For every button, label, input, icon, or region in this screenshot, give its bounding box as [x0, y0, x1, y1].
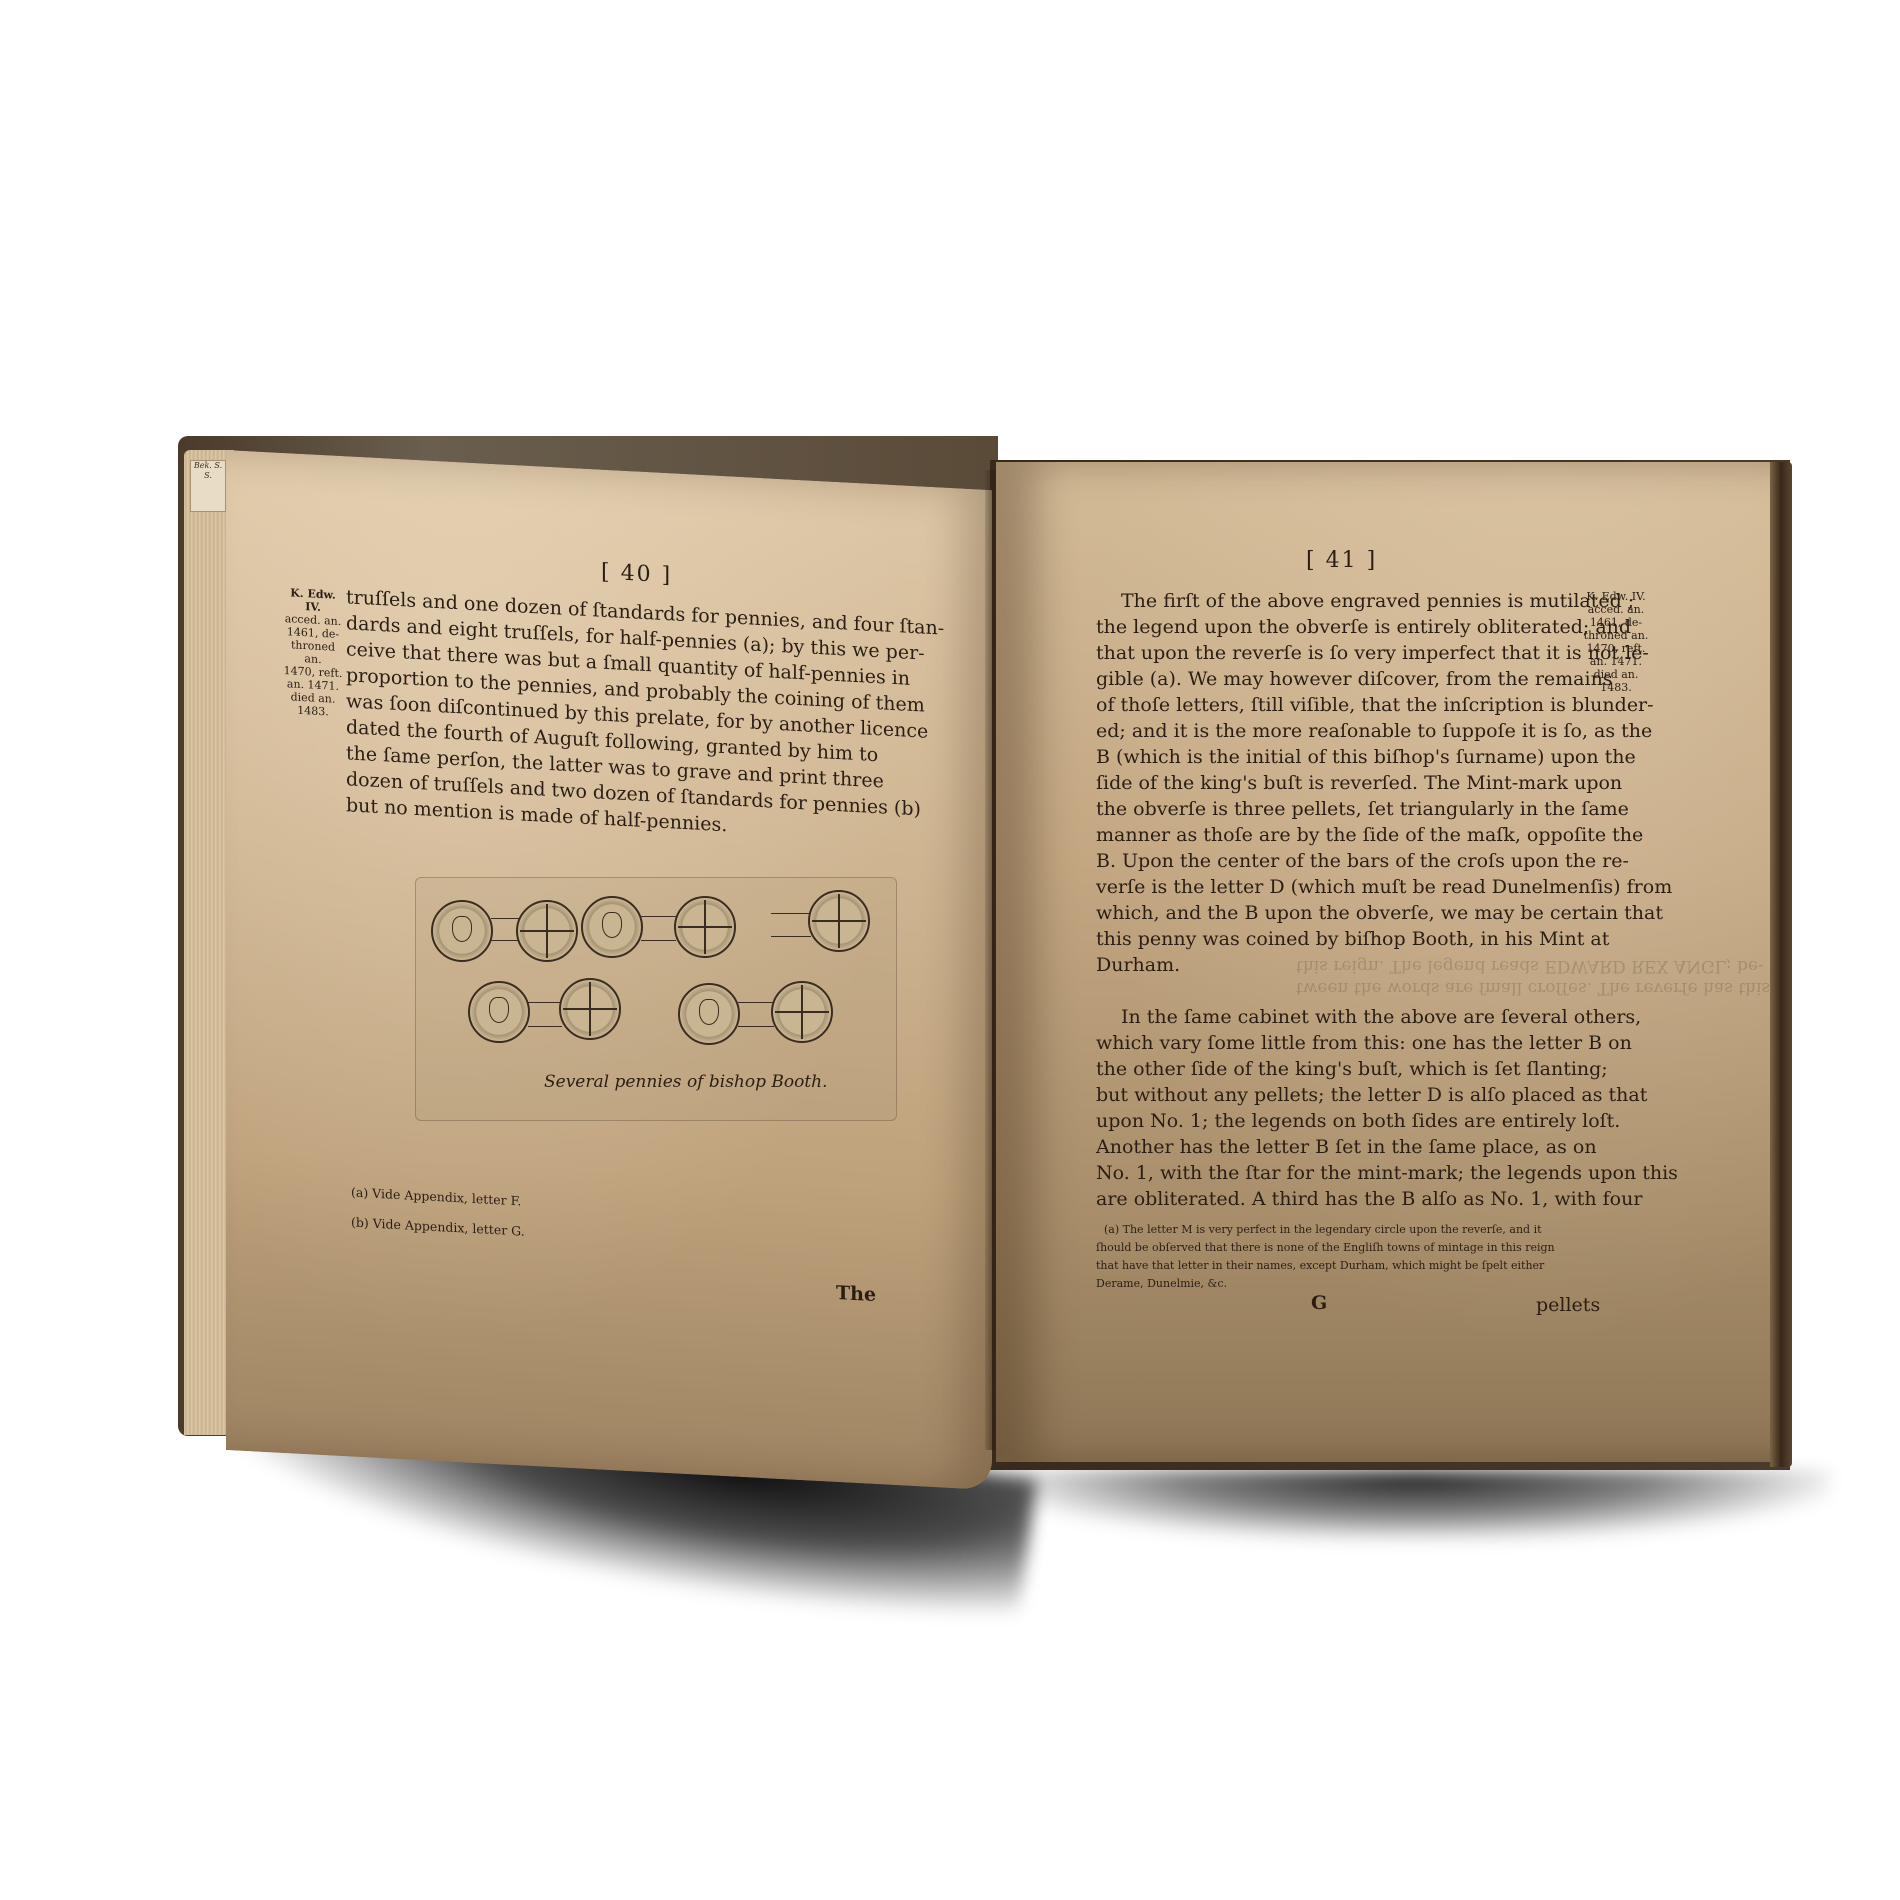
coin-obverse-icon [468, 981, 530, 1043]
margin-note-line: K. Edw. IV. [283, 586, 343, 615]
body-line: B. Upon the center of the bars of the cr… [1096, 848, 1629, 874]
bleed-through-text: tween the words are ſmall croſſes. The r… [1296, 978, 1770, 998]
connector-line [528, 1026, 562, 1027]
footnote-line: (a) The letter M is very perfect in the … [1104, 1222, 1542, 1238]
body-line: that upon the reverſe is ſo very imperfe… [1096, 640, 1649, 666]
coin-reverse-icon [559, 978, 621, 1040]
body-line: the other ſide of the king's buſt, which… [1096, 1056, 1608, 1082]
coin-reverse-icon [674, 896, 736, 958]
coin-reverse-icon [516, 900, 578, 962]
footnote-line: that have that letter in their names, ex… [1096, 1258, 1544, 1274]
body-line: gible (a). We may however diſcover, from… [1096, 666, 1613, 692]
coin-obverse-icon [678, 983, 740, 1045]
page-number: [ 41 ] [1306, 548, 1377, 573]
body-line: which, and the B upon the obverſe, we ma… [1096, 900, 1663, 926]
body-line: Another has the letter B ſet in the ſame… [1096, 1134, 1597, 1160]
right-fore-edge [1770, 462, 1792, 1467]
spine-label: Bek. S. S. [190, 460, 226, 512]
footnote-b: (b) Vide Appendix, letter G. [351, 1215, 525, 1240]
body-line: manner as thoſe are by the ſide of the m… [1096, 822, 1643, 848]
margin-note: K. Edw. IV. acced. an. 1461, de- throned… [283, 586, 343, 719]
coin-reverse-icon [808, 890, 870, 952]
connector-line [491, 940, 519, 941]
connector-line [641, 940, 676, 941]
signature-mark: G [1311, 1292, 1327, 1314]
body-line: this penny was coined by biſhop Booth, i… [1096, 926, 1609, 952]
body-line: of thoſe letters, ſtill viſible, that th… [1096, 692, 1654, 718]
bleed-through-text: this reign. The legend reads EDWARD REX … [1296, 956, 1764, 976]
catchword: The [836, 1282, 876, 1306]
body-line: but without any pellets; the letter D is… [1096, 1082, 1647, 1108]
page-number: [ 40 ] [601, 560, 672, 589]
body-line: No. 1, with the ſtar for the mint-mark; … [1096, 1160, 1678, 1186]
connector-line [771, 936, 811, 937]
footnote-a: (a) Vide Appendix, letter F. [351, 1185, 521, 1210]
body-line: are obliterated. A third has the B alſo … [1096, 1186, 1642, 1212]
margin-note-line: throned an. [283, 638, 343, 667]
body-line: the legend upon the obverſe is entirely … [1096, 614, 1631, 640]
right-page: [ 41 ] K. Edw. IV. acced. an. 1461, de- … [996, 462, 1774, 1462]
catchword: pellets [1536, 1294, 1600, 1316]
book-shadow-right [1000, 1470, 1830, 1540]
connector-line [491, 918, 519, 919]
body-line: upon No. 1; the legends on both ſides ar… [1096, 1108, 1620, 1134]
connector-line [738, 1002, 774, 1003]
coin-engraving-plate: Several pennies of bishop Booth. [415, 877, 897, 1121]
body-line: Durham. [1096, 952, 1180, 978]
body-line: which vary ſome little from this: one ha… [1096, 1030, 1632, 1056]
plate-caption: Several pennies of bishop Booth. [544, 1072, 828, 1092]
connector-line [528, 1002, 562, 1003]
body-line: In the ſame cabinet with the above are ſ… [1121, 1004, 1641, 1030]
connector-line [738, 1026, 774, 1027]
body-line: ſide of the king's buſt is reverſed. The… [1096, 770, 1622, 796]
body-line: ed; and it is the more reaſonable to ſup… [1096, 718, 1652, 744]
coin-reverse-icon [771, 981, 833, 1043]
coin-obverse-icon [431, 900, 493, 962]
footnote-line: ſhould be obſerved that there is none of… [1096, 1240, 1555, 1256]
body-line: verſe is the letter D (which muſt be rea… [1096, 874, 1672, 900]
body-line: the obverſe is three pellets, ſet triang… [1096, 796, 1629, 822]
footnote-line: Derame, Dunelmie, &c. [1096, 1276, 1227, 1292]
connector-line [641, 916, 676, 917]
connector-line [771, 913, 811, 914]
coin-obverse-icon [581, 896, 643, 958]
body-line: B (which is the initial of this biſhop's… [1096, 744, 1636, 770]
body-line: The firſt of the above engraved pennies … [1121, 588, 1634, 614]
